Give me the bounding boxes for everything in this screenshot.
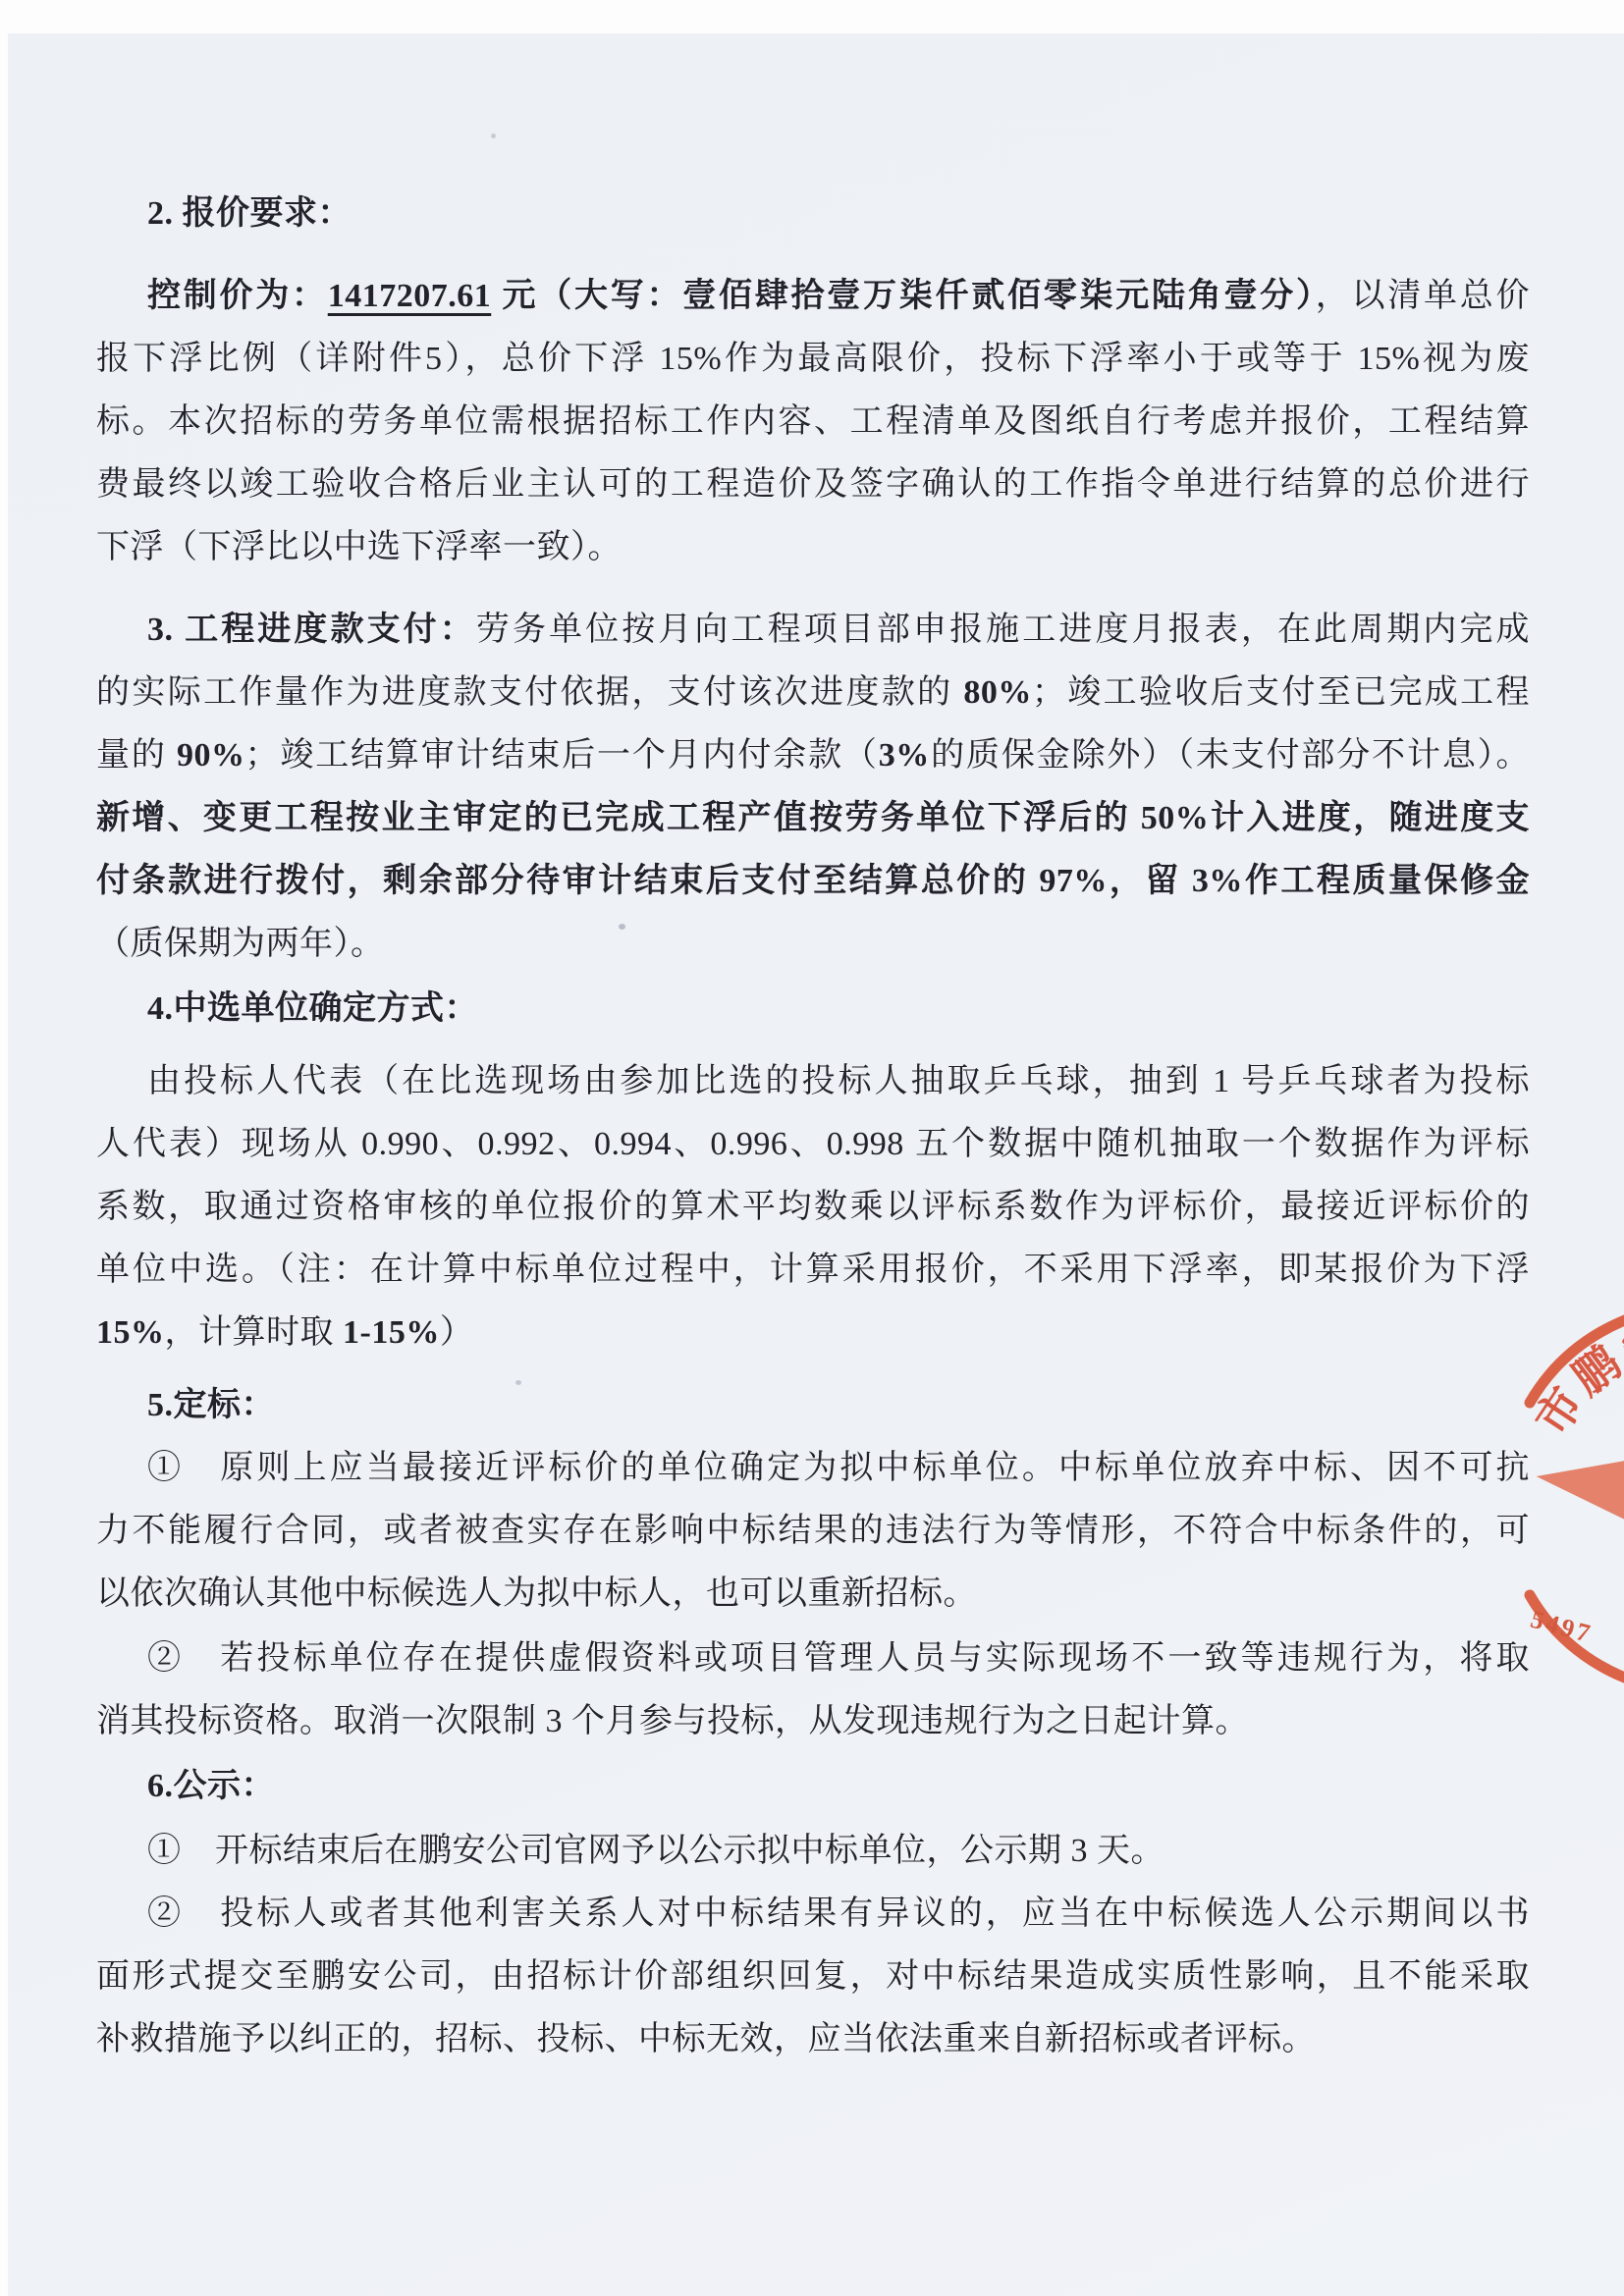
text-run: ；竣工验收后支付至已完成工程	[1032, 674, 1530, 711]
text-run: 15%	[96, 1314, 165, 1351]
text-run: ，计算时取	[165, 1314, 344, 1351]
doc-line: 消其投标资格。取消一次限制 3 个月参与投标，从发现违规行为之日起计算。	[96, 1690, 1530, 1753]
text-run: 由投标人代表（在比选现场由参加比选的投标人抽取乒乓球，抽到 1 号乒乓球者为投标	[147, 1063, 1530, 1099]
scan-speck	[619, 924, 625, 930]
text-run: 人代表）现场从 0.990、0.992、0.994、0.996、0.998 五个…	[96, 1126, 1530, 1162]
doc-line: 由投标人代表（在比选现场由参加比选的投标人抽取乒乓球，抽到 1 号乒乓球者为投标	[96, 1050, 1530, 1113]
text-run: 3. 工程进度款支付：	[147, 612, 476, 648]
doc-line: 15%，计算时取 1-15%）	[96, 1302, 1530, 1364]
text-run: 单位中选。（注：在计算中标单位过程中，计算采用报价，不采用下浮率，即某报价为下浮	[96, 1252, 1530, 1288]
doc-line: ① 原则上应当最接近评标价的单位确定为拟中标单位。中标单位放弃中标、因不可抗	[96, 1437, 1530, 1500]
doc-line: 下浮（下浮比以中选下浮率一致）。	[96, 516, 1530, 579]
text-run: （质保期为两年）。	[96, 926, 385, 962]
text-run: 付条款进行拨付，剩余部分待审计结束后支付至结算总价的 97%，留 3%作工程质量…	[96, 863, 1530, 899]
text-run: ① 原则上应当最接近评标价的单位确定为拟中标单位。中标单位放弃中标、因不可抗	[147, 1450, 1530, 1486]
text-run: 消其投标资格。取消一次限制 3 个月参与投标，从发现违规行为之日起计算。	[96, 1703, 1249, 1739]
doc-line: 以依次确认其他中标候选人为拟中标人，也可以重新招标。	[96, 1563, 1530, 1626]
text-run: 补救措施予以纠正的，招标、投标、中标无效，应当依法重来自新招标或者评标。	[96, 2021, 1316, 2057]
text-run: 控制价为：	[147, 278, 328, 314]
text-run: 力不能履行合同，或者被查实存在影响中标结果的违法行为等情形，不符合中标条件的，可	[96, 1513, 1530, 1549]
text-run: ② 投标人或者其他利害关系人对中标结果有异议的，应当在中标候选人公示期间以书	[147, 1896, 1530, 1932]
scan-speck	[515, 1380, 521, 1385]
text-run: ；竣工结算审计结束后一个月内付余款（	[245, 737, 879, 774]
text-run: 80%	[963, 674, 1032, 711]
text-run: 2. 报价要求：	[147, 195, 352, 232]
doc-line: 单位中选。（注：在计算中标单位过程中，计算采用报价，不采用下浮率，即某报价为下浮	[96, 1239, 1530, 1302]
text-run: 4.中选单位确定方式：	[147, 990, 478, 1027]
doc-line: 补救措施予以纠正的，招标、投标、中标无效，应当依法重来自新招标或者评标。	[96, 2008, 1530, 2071]
text-run: ① 开标结束后在鹏安公司官网予以公示拟中标单位，公示期 3 天。	[147, 1833, 1164, 1869]
text-run: 的质保金除外）（未支付部分不计息）。	[930, 737, 1530, 774]
doc-line: 2. 报价要求：	[96, 183, 1530, 245]
doc-line: ① 开标结束后在鹏安公司官网予以公示拟中标单位，公示期 3 天。	[96, 1820, 1530, 1883]
text-run: 以依次确认其他中标候选人为拟中标人，也可以重新招标。	[96, 1575, 977, 1612]
red-seal-stamp: 市鹏安 5497	[1492, 1188, 1624, 1698]
doc-line: ② 投标人或者其他利害关系人对中标结果有异议的，应当在中标候选人公示期间以书	[96, 1883, 1530, 1946]
doc-line: 3. 工程进度款支付：劳务单位按月向工程项目部申报施工进度月报表，在此周期内完成	[96, 599, 1530, 662]
text-run: 元（大写：壹佰肆拾壹万柒仟贰佰零柒元陆角壹分）	[491, 278, 1316, 314]
text-run: 3%	[879, 737, 930, 774]
doc-line: ② 若投标单位存在提供虚假资料或项目管理人员与实际现场不一致等违规行为，将取	[96, 1628, 1530, 1690]
text-run: ，以清单总价	[1316, 278, 1530, 314]
text-run: 费最终以竣工验收合格后业主认可的工程造价及签字确认的工作指令单进行结算的总价进行	[96, 466, 1530, 503]
text-run: 量的	[96, 737, 177, 774]
doc-line: 量的 90%；竣工结算审计结束后一个月内付余款（3%的质保金除外）（未支付部分不…	[96, 724, 1530, 787]
text-run: ② 若投标单位存在提供虚假资料或项目管理人员与实际现场不一致等违规行为，将取	[147, 1640, 1530, 1677]
doc-line: 力不能履行合同，或者被查实存在影响中标结果的违法行为等情形，不符合中标条件的，可	[96, 1500, 1530, 1563]
text-run: 劳务单位按月向工程项目部申报施工进度月报表，在此周期内完成	[476, 612, 1530, 648]
text-run: 1417207.61	[328, 278, 492, 314]
text-run: 5.定标：	[147, 1387, 275, 1423]
doc-line: 面形式提交至鹏安公司，由招标计价部组织回复，对中标结果造成实质性影响，且不能采取	[96, 1946, 1530, 2008]
document-body: 2. 报价要求：控制价为：1417207.61 元（大写：壹佰肆拾壹万柒仟贰佰零…	[96, 0, 1530, 2071]
doc-line: 费最终以竣工验收合格后业主认可的工程造价及签字确认的工作指令单进行结算的总价进行	[96, 454, 1530, 516]
doc-line: 6.公示：	[96, 1755, 1530, 1818]
text-run: 1-15%	[343, 1314, 440, 1351]
text-run: 下浮（下浮比以中选下浮率一致）。	[96, 529, 622, 565]
text-run: 系数，取通过资格审核的单位报价的算术平均数乘以评标系数作为评标价，最接近评标价的	[96, 1189, 1530, 1225]
doc-line: 4.中选单位确定方式：	[96, 978, 1530, 1041]
text-run: 面形式提交至鹏安公司，由招标计价部组织回复，对中标结果造成实质性影响，且不能采取	[96, 1958, 1530, 1995]
text-run: 6.公示：	[147, 1768, 275, 1804]
doc-line: 付条款进行拨付，剩余部分待审计结束后支付至结算总价的 97%，留 3%作工程质量…	[96, 850, 1530, 913]
scanned-page: 2. 报价要求：控制价为：1417207.61 元（大写：壹佰肆拾壹万柒仟贰佰零…	[0, 0, 1624, 2296]
text-run: 标。本次招标的劳务单位需根据招标工作内容、工程清单及图纸自行考虑并报价，工程结算	[96, 403, 1530, 440]
text-run: 新增、变更工程按业主审定的已完成工程产值按劳务单位下浮后的 50%计入进度，随进…	[96, 800, 1530, 836]
doc-line: 控制价为：1417207.61 元（大写：壹佰肆拾壹万柒仟贰佰零柒元陆角壹分），…	[96, 265, 1530, 328]
text-run: 90%	[177, 737, 245, 774]
doc-line: 标。本次招标的劳务单位需根据招标工作内容、工程清单及图纸自行考虑并报价，工程结算	[96, 391, 1530, 454]
doc-line: 报下浮比例（详附件5），总价下浮 15%作为最高限价，投标下浮率小于或等于 15…	[96, 328, 1530, 391]
scan-speck	[491, 133, 496, 138]
text-run: 报下浮比例（详附件5），总价下浮 15%作为最高限价，投标下浮率小于或等于 15…	[96, 341, 1530, 377]
doc-line: （质保期为两年）。	[96, 913, 1530, 976]
doc-line: 系数，取通过资格审核的单位报价的算术平均数乘以评标系数作为评标价，最接近评标价的	[96, 1176, 1530, 1239]
doc-line: 新增、变更工程按业主审定的已完成工程产值按劳务单位下浮后的 50%计入进度，随进…	[96, 787, 1530, 850]
text-run: 的实际工作量作为进度款支付依据，支付该次进度款的	[96, 674, 963, 711]
text-run: ）	[440, 1314, 474, 1351]
doc-line: 的实际工作量作为进度款支付依据，支付该次进度款的 80%；竣工验收后支付至已完成…	[96, 662, 1530, 724]
doc-line: 5.定标：	[96, 1374, 1530, 1437]
doc-line: 人代表）现场从 0.990、0.992、0.994、0.996、0.998 五个…	[96, 1113, 1530, 1176]
